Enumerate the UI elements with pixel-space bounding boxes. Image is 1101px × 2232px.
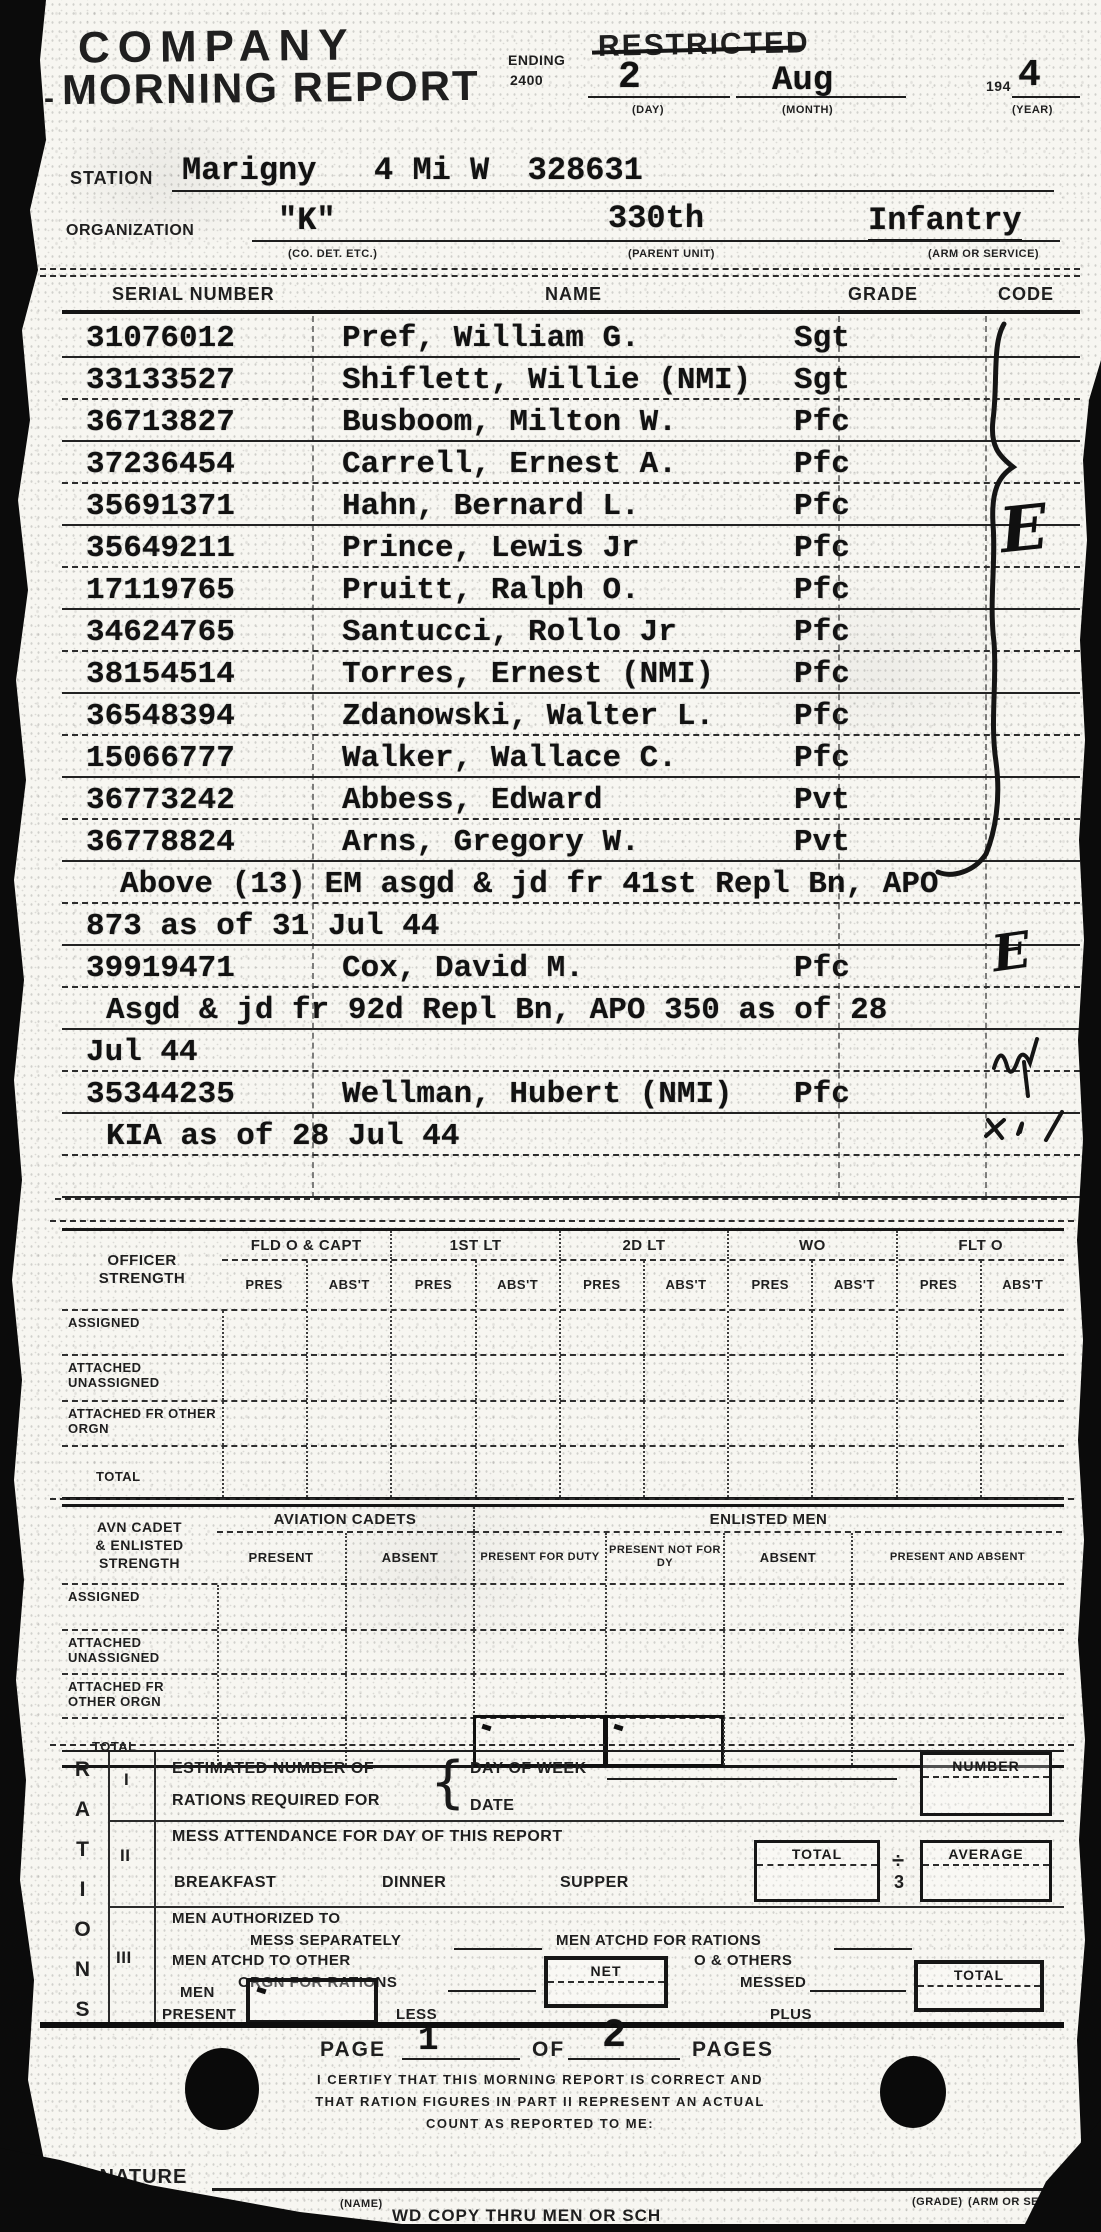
total-box-label: TOTAL xyxy=(757,1843,877,1866)
day-sublabel: (DAY) xyxy=(632,104,664,116)
grade-value: Pfc xyxy=(794,575,850,606)
rations-text-2: RATIONS REQUIRED FOR xyxy=(172,1792,380,1810)
table-cell xyxy=(811,1447,895,1497)
grade-value: Sgt xyxy=(794,365,850,396)
grade-value: Pfc xyxy=(794,449,850,480)
table-cell xyxy=(345,1631,473,1673)
divider xyxy=(50,1744,1074,1746)
table-cell xyxy=(473,1631,605,1673)
enlisted-strength-table: AVN CADET& ENLISTEDSTRENGTH AVIATION CAD… xyxy=(62,1504,1064,1768)
table-cell xyxy=(475,1356,559,1400)
table-cell xyxy=(390,1447,474,1497)
grade-value: Pfc xyxy=(794,491,850,522)
table-cell xyxy=(980,1447,1064,1497)
serial-number: 37236454 xyxy=(86,449,235,480)
serial-number: 17119765 xyxy=(86,575,235,606)
grade-value: Pfc xyxy=(794,407,850,438)
number-box-label: NUMBER xyxy=(923,1755,1049,1778)
table-cell xyxy=(896,1402,980,1445)
page-label: PAGE xyxy=(320,2038,386,2062)
table-cell xyxy=(980,1356,1064,1400)
table-row-note: Jul 44 xyxy=(62,1030,1080,1072)
table-row: 38154514Torres, Ernest (NMI)Pfc xyxy=(62,652,1080,694)
rations-section: RATIONS I ESTIMATED NUMBER OF RATIONS RE… xyxy=(62,1750,1064,2027)
table-cell xyxy=(306,1402,390,1445)
table-cell xyxy=(605,1675,723,1717)
part-numeral-3: III xyxy=(116,1948,132,1968)
divider xyxy=(40,268,1080,270)
scan-edge-left xyxy=(0,0,48,2232)
table-cell xyxy=(980,1402,1064,1445)
table-cell xyxy=(896,1311,980,1354)
rations-divider xyxy=(108,1820,1064,1822)
table-cell xyxy=(473,1585,605,1629)
table-cell xyxy=(217,1631,345,1673)
table-cell xyxy=(811,1311,895,1354)
messed-line xyxy=(810,1990,906,1992)
serial-number: 33133527 xyxy=(86,365,235,396)
table-cell xyxy=(727,1447,811,1497)
table-cell xyxy=(727,1311,811,1354)
table-cell xyxy=(222,1356,306,1400)
subheader-pres: PRES xyxy=(559,1261,643,1307)
group-header-aviation-cadets: AVIATION CADETS xyxy=(217,1507,473,1531)
table-row: 17119765Pruitt, Ralph O.Pfc xyxy=(62,568,1080,610)
grade-value: Pfc xyxy=(794,701,850,732)
table-cell xyxy=(306,1356,390,1400)
table-cell xyxy=(306,1447,390,1497)
subheader-present-for-duty: PRESENT FOR DUTY xyxy=(473,1533,605,1581)
men-atchd-other-label: MEN ATCHD TO OTHER xyxy=(172,1952,351,1969)
table-cell xyxy=(723,1585,851,1629)
table-row: 31076012Pref, William G.Sgt xyxy=(62,316,1080,358)
month-value: Aug xyxy=(772,62,833,100)
table-row-blank xyxy=(62,1156,1080,1198)
corner-line2: & ENLISTED xyxy=(95,1537,183,1553)
grade-value: Pfc xyxy=(794,533,850,564)
organization-company: "K" xyxy=(278,202,336,239)
soldier-name: Hahn, Bernard L. xyxy=(342,491,640,522)
pages-total-line xyxy=(568,2058,680,2060)
table-cell xyxy=(643,1402,727,1445)
grade-value: Pfc xyxy=(794,953,850,984)
rations-vertical-label: RATIONS xyxy=(70,1758,94,2024)
table-row-note: 873 as of 31 Jul 44 xyxy=(62,904,1080,946)
subheader-abst: ABS'T xyxy=(980,1261,1064,1307)
subheader-present-and-absent: PRESENT AND ABSENT xyxy=(851,1533,1062,1581)
group-header-enlisted-men: ENLISTED MEN xyxy=(473,1507,1062,1531)
day-value: 2 xyxy=(618,56,641,99)
subheader-abst: ABS'T xyxy=(306,1261,390,1307)
supper-label: SUPPER xyxy=(560,1874,629,1892)
organization-line xyxy=(252,240,1060,242)
column-header-grade: GRADE xyxy=(848,284,918,305)
day-of-week-label: DAY OF WEEK xyxy=(470,1760,587,1778)
month-sublabel: (MONTH) xyxy=(782,104,833,116)
average-box-label: AVERAGE xyxy=(923,1843,1049,1866)
table-cell xyxy=(811,1356,895,1400)
date-label: DATE xyxy=(470,1797,514,1815)
table-cell xyxy=(217,1585,345,1629)
divider xyxy=(55,1198,1067,1200)
arm-sublabel: (ARM OR SERVICE) xyxy=(928,248,1039,260)
remark-text: Asgd & jd fr 92d Repl Bn, APO 350 as of … xyxy=(106,995,887,1026)
table-row: 37236454Carrell, Ernest A.Pfc xyxy=(62,442,1080,484)
subheader-abst: ABS'T xyxy=(643,1261,727,1307)
serial-number: 36713827 xyxy=(86,407,235,438)
name-sublabel: (NAME) xyxy=(340,2198,383,2210)
total-box-label: TOTAL xyxy=(918,1964,1040,1987)
serial-number: 31076012 xyxy=(86,323,235,354)
table-corner-label: OFFICERSTRENGTH xyxy=(62,1231,222,1309)
table-cell xyxy=(217,1675,345,1717)
divide-symbol: ÷ xyxy=(892,1848,905,1874)
rations-bottom-rule xyxy=(40,2022,1064,2028)
breakfast-label: BREAKFAST xyxy=(174,1874,276,1892)
page-title-line2: MORNING REPORT xyxy=(62,62,480,114)
table-row: 35344235Wellman, Hubert (NMI)Pfc xyxy=(62,1072,1080,1114)
brace-glyph: { xyxy=(430,1750,466,1815)
table-cell xyxy=(643,1356,727,1400)
table-cell xyxy=(559,1402,643,1445)
grade-value: Pvt xyxy=(794,827,850,858)
rations-divider xyxy=(108,1906,1064,1908)
soldier-name: Cox, David M. xyxy=(342,953,584,984)
table-row: 34624765Santucci, Rollo JrPfc xyxy=(62,610,1080,652)
bottom-note: WD COPY THRU MEN OR SCH xyxy=(392,2206,661,2226)
less-label: LESS xyxy=(396,2006,437,2023)
subheader-pres: PRES xyxy=(727,1261,811,1307)
row-label-attached-unassigned: ATTACHED UNASSIGNED xyxy=(62,1631,217,1673)
table-row: 15066777Walker, Wallace C.Pfc xyxy=(62,736,1080,778)
table-cell xyxy=(851,1631,1062,1673)
soldier-name: Arns, Gregory W. xyxy=(342,827,640,858)
mess-attendance-title: MESS ATTENDANCE FOR DAY OF THIS REPORT xyxy=(172,1828,563,1846)
table-row: 36548394Zdanowski, Walter L.Pfc xyxy=(62,694,1080,736)
table-row: 35649211Prince, Lewis JrPfc xyxy=(62,526,1080,568)
year-line xyxy=(1012,96,1080,98)
table-cell xyxy=(222,1447,306,1497)
group-header-wo: WO xyxy=(727,1231,895,1259)
serial-number: 34624765 xyxy=(86,617,235,648)
organization-label: ORGANIZATION xyxy=(66,222,194,240)
table-cell xyxy=(727,1356,811,1400)
table-cell xyxy=(390,1311,474,1354)
pen-mark xyxy=(256,1987,266,1995)
divider xyxy=(50,1220,1074,1222)
table-cell xyxy=(896,1447,980,1497)
cert-line-3: COUNT AS REPORTED TO ME: xyxy=(190,2116,890,2131)
table-cell xyxy=(811,1402,895,1445)
column-header-serial: SERIAL NUMBER xyxy=(112,284,275,305)
present-label: PRESENT xyxy=(162,2006,236,2023)
soldier-name: Carrell, Ernest A. xyxy=(342,449,677,480)
rations-col-divider xyxy=(154,1752,156,2027)
serial-number: 36773242 xyxy=(86,785,235,816)
header-rule xyxy=(62,310,1080,314)
table-cell xyxy=(980,1311,1064,1354)
table-cell xyxy=(643,1311,727,1354)
table-cell xyxy=(723,1631,851,1673)
company-sublabel: (CO. DET. ETC.) xyxy=(288,248,377,260)
soldier-name: Zdanowski, Walter L. xyxy=(342,701,714,732)
serial-number: 35344235 xyxy=(86,1079,235,1110)
table-cell xyxy=(222,1402,306,1445)
table-row: 33133527Shiflett, Willie (NMI)Sgt xyxy=(62,358,1080,400)
number-box: NUMBER xyxy=(920,1752,1052,1816)
table-cell xyxy=(475,1402,559,1445)
corner-line1: AVN CADET xyxy=(97,1519,182,1535)
table-cell xyxy=(851,1585,1062,1629)
table-row: 36773242Abbess, EdwardPvt xyxy=(62,778,1080,820)
grade-value: Pfc xyxy=(794,743,850,774)
grade-value: Sgt xyxy=(794,323,850,354)
table-cell xyxy=(605,1631,723,1673)
punch-hole-right xyxy=(880,2056,946,2128)
month-line xyxy=(736,96,906,98)
subheader-absent: ABSENT xyxy=(345,1533,473,1581)
grade-sublabel: (GRADE) xyxy=(912,2196,963,2208)
day-line xyxy=(588,96,730,98)
divisor: 3 xyxy=(894,1872,905,1893)
table-cell xyxy=(306,1311,390,1354)
grade-value: Pfc xyxy=(794,1079,850,1110)
remark-text: Above (13) EM asgd & jd fr 41st Repl Bn,… xyxy=(120,869,939,900)
dinner-label: DINNER xyxy=(382,1874,446,1892)
subheader-present-not-for-dy: PRESENT NOT FOR DY xyxy=(605,1533,723,1581)
serial-number: 36548394 xyxy=(86,701,235,732)
soldier-name: Pruitt, Ralph O. xyxy=(342,575,640,606)
rations-text-1: ESTIMATED NUMBER OF xyxy=(172,1760,374,1778)
soldier-name: Shiflett, Willie (NMI) xyxy=(342,365,751,396)
serial-number: 15066777 xyxy=(86,743,235,774)
part-numeral-1: I xyxy=(124,1770,129,1790)
group-header-2d-lt: 2D LT xyxy=(559,1231,727,1259)
average-box: AVERAGE xyxy=(920,1840,1052,1902)
remark-text: Jul 44 xyxy=(86,1037,198,1068)
subheader-abst: ABS'T xyxy=(475,1261,559,1307)
grade-value: Pfc xyxy=(794,659,850,690)
cert-line-2: THAT RATION FIGURES IN PART II REPRESENT… xyxy=(190,2094,890,2109)
table-row: 35691371Hahn, Bernard L.Pfc xyxy=(62,484,1080,526)
table-cell xyxy=(605,1585,723,1629)
table-row: 39919471Cox, David M.Pfc xyxy=(62,946,1080,988)
subheader-absent-em: ABSENT xyxy=(723,1533,851,1581)
table-cell xyxy=(390,1356,474,1400)
corner-line2: STRENGTH xyxy=(99,1270,186,1287)
cert-line-1: I CERTIFY THAT THIS MORNING REPORT IS CO… xyxy=(190,2072,890,2087)
table-cell xyxy=(345,1585,473,1629)
men-label: MEN xyxy=(180,1984,215,2001)
table-row-note: Above (13) EM asgd & jd fr 41st Repl Bn,… xyxy=(62,862,1080,904)
handwritten-code-letter-cox: E xyxy=(988,920,1034,984)
station-line xyxy=(172,190,1054,192)
row-label-total: TOTAL xyxy=(62,1447,222,1497)
station-value: Marigny 4 Mi W 328631 xyxy=(182,152,643,189)
year-sublabel: (YEAR) xyxy=(1012,104,1053,116)
rations-col-divider xyxy=(108,1752,110,2027)
table-cell xyxy=(390,1402,474,1445)
divider xyxy=(50,1498,1074,1500)
year-prefix: 194 xyxy=(986,78,1011,94)
soldier-name: Busboom, Milton W. xyxy=(342,407,677,438)
table-row: 36778824Arns, Gregory W.Pvt xyxy=(62,820,1080,862)
table-cell xyxy=(851,1675,1062,1717)
pages-total: 2 xyxy=(602,2014,626,2059)
group-header-flt-o: FLT O xyxy=(896,1231,1064,1259)
divider xyxy=(40,275,1080,277)
row-label-assigned: ASSIGNED xyxy=(62,1585,217,1629)
row-label-assigned: ASSIGNED xyxy=(62,1311,222,1354)
soldier-name: Prince, Lewis Jr xyxy=(342,533,640,564)
total-box-part3: TOTAL xyxy=(914,1960,1044,2012)
men-atchd-rations-label: MEN ATCHD FOR RATIONS xyxy=(556,1932,761,1949)
serial-number: 36778824 xyxy=(86,827,235,858)
soldier-name: Abbess, Edward xyxy=(342,785,602,816)
subheader-present: PRESENT xyxy=(217,1533,345,1581)
soldier-name: Wellman, Hubert (NMI) xyxy=(342,1079,733,1110)
table-row-note: KIA as of 28 Jul 44 xyxy=(62,1114,1080,1156)
row-label-attached-unassigned: ATTACHED UNASSIGNED xyxy=(62,1356,222,1400)
table-cell xyxy=(475,1311,559,1354)
mess-separately-label: MESS SEPARATELY xyxy=(250,1932,401,1949)
row-label-attached-fr-other: ATTACHED FR OTHER ORGN xyxy=(62,1402,222,1445)
serial-number: 35691371 xyxy=(86,491,235,522)
net-box-label: NET xyxy=(548,1960,664,1983)
column-header-name: NAME xyxy=(545,284,602,305)
table-cell xyxy=(559,1311,643,1354)
serial-number: 35649211 xyxy=(86,533,235,564)
table-corner-label: AVN CADET& ENLISTEDSTRENGTH xyxy=(62,1507,217,1583)
table-cell xyxy=(475,1447,559,1497)
ending-time: 2400 xyxy=(510,72,543,88)
total-box: TOTAL xyxy=(754,1840,880,1902)
column-header-code: CODE xyxy=(998,284,1054,305)
scan-wedge-bottom-right xyxy=(1001,2120,1101,2232)
table-row-note: Asgd & jd fr 92d Repl Bn, APO 350 as of … xyxy=(62,988,1080,1030)
unit-sublabel: (PARENT UNIT) xyxy=(628,248,715,260)
grade-value: Pvt xyxy=(794,785,850,816)
subheader-abst: ABS'T xyxy=(811,1261,895,1307)
part-numeral-2: II xyxy=(120,1846,130,1866)
station-label: STATION xyxy=(70,168,153,189)
o-and-others-label: O & OTHERS xyxy=(694,1952,792,1969)
net-box: NET xyxy=(544,1956,668,2008)
year-value: 4 xyxy=(1018,54,1041,97)
remark-text: KIA as of 28 Jul 44 xyxy=(106,1121,459,1152)
serial-number: 39919471 xyxy=(86,953,235,984)
table-cell xyxy=(559,1356,643,1400)
plus-label: PLUS xyxy=(770,2006,812,2023)
remark-text: 873 as of 31 Jul 44 xyxy=(86,911,439,942)
page-number: 1 xyxy=(418,2022,438,2060)
officer-strength-table: OFFICERSTRENGTH FLD O & CAPT 1ST LT 2D L… xyxy=(62,1228,1064,1500)
morning-report-document: COMPANY - MORNING REPORT RESTRICTED ENDI… xyxy=(0,0,1101,2232)
soldier-name: Walker, Wallace C. xyxy=(342,743,677,774)
corner-line1: OFFICER xyxy=(107,1252,176,1269)
title-dash-artifact: - xyxy=(44,82,55,116)
group-header-1st-lt: 1ST LT xyxy=(390,1231,558,1259)
table-row: 36713827Busboom, Milton W.Pfc xyxy=(62,400,1080,442)
signature-line xyxy=(212,2188,1062,2191)
orgn-for-rations-line xyxy=(448,1990,536,1992)
men-authorized-label: MEN AUTHORIZED TO xyxy=(172,1910,341,1927)
table-cell xyxy=(345,1675,473,1717)
page-number-line xyxy=(402,2058,520,2060)
table-cell xyxy=(727,1402,811,1445)
men-atchd-rations-line xyxy=(834,1948,912,1950)
mess-separately-line xyxy=(454,1948,542,1950)
organization-unit: 330th xyxy=(608,200,704,237)
organization-arm: Infantry xyxy=(868,202,1022,242)
corner-line3: STRENGTH xyxy=(99,1555,180,1571)
subheader-pres: PRES xyxy=(390,1261,474,1307)
subheader-pres: PRES xyxy=(222,1261,306,1307)
table-cell xyxy=(723,1675,851,1717)
roster-table: 31076012Pref, William G.Sgt 33133527Shif… xyxy=(62,316,1080,1198)
table-cell xyxy=(222,1311,306,1354)
soldier-name: Santucci, Rollo Jr xyxy=(342,617,677,648)
ending-label: ENDING xyxy=(508,52,565,68)
handwritten-code-letter: E xyxy=(996,490,1051,568)
row-label-attached-fr-other: ATTACHED FR OTHER ORGN xyxy=(62,1675,217,1717)
table-cell xyxy=(643,1447,727,1497)
soldier-name: Torres, Ernest (NMI) xyxy=(342,659,714,690)
soldier-name: Pref, William G. xyxy=(342,323,640,354)
group-header-fldo-capt: FLD O & CAPT xyxy=(222,1231,390,1259)
messed-label: MESSED xyxy=(740,1974,806,1991)
serial-number: 38154514 xyxy=(86,659,235,690)
of-label: OF xyxy=(532,2038,565,2062)
subheader-pres: PRES xyxy=(896,1261,980,1307)
pages-label: PAGES xyxy=(692,2038,774,2062)
punch-hole-left xyxy=(185,2048,259,2130)
table-cell xyxy=(896,1356,980,1400)
table-cell xyxy=(559,1447,643,1497)
table-cell xyxy=(473,1675,605,1717)
grade-value: Pfc xyxy=(794,617,850,648)
day-of-week-line xyxy=(607,1778,897,1780)
men-present-box xyxy=(246,1978,378,2024)
